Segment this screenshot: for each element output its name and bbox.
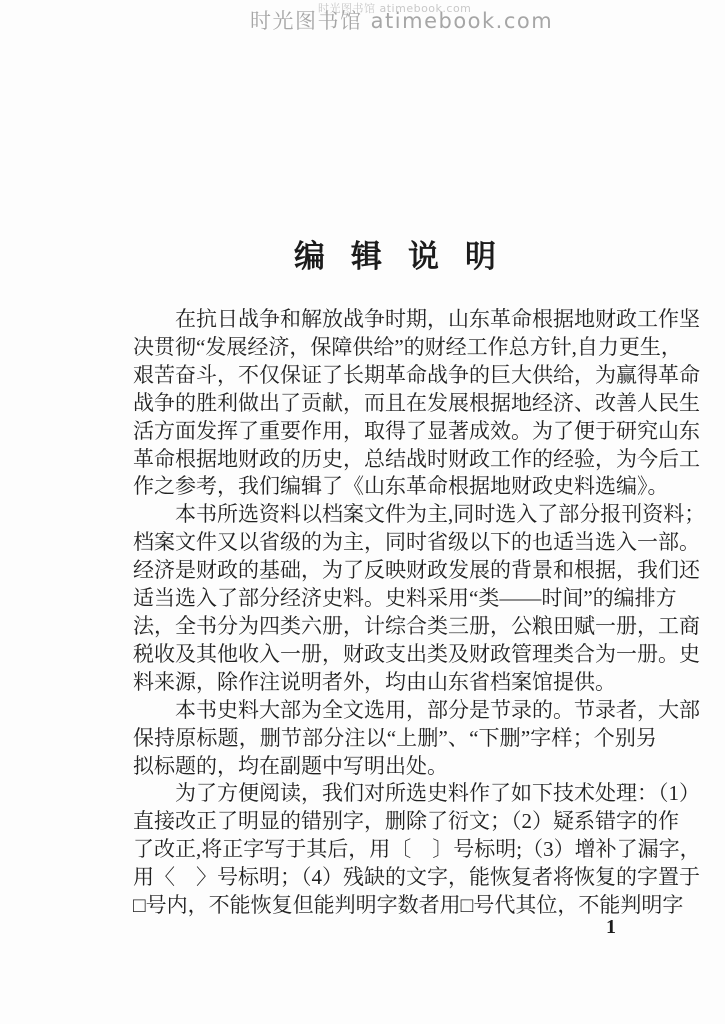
text-line: 直接改正了明显的错别字，删除了衍文；（2）疑系错字的作 xyxy=(133,808,657,836)
text-line: 用〈 〉号标明；（4）残缺的文字，能恢复者将恢复的字置于 xyxy=(133,864,657,892)
text-line: □号内，不能恢复但能判明字数者用□号代其位，不能判明字 xyxy=(133,892,657,920)
text-line: 了改正,将正字写于其后，用〔 〕号标明;（3）增补了漏字， xyxy=(133,836,657,864)
page-number: 1 xyxy=(606,916,616,939)
text-line: 决贯彻“发展经济，保障供给”的财经工作总方针,自力更生， xyxy=(133,334,657,362)
text-line: 税收及其他收入一册，财政支出类及财政管理类合为一册。史 xyxy=(133,641,657,669)
scanned-page: 时光图书馆 atimebook.com 时光图书馆 atimebook.com … xyxy=(0,0,725,1024)
text-line: 艰苦奋斗，不仅保证了长期革命战争的巨大供给，为赢得革命 xyxy=(133,362,657,390)
text-line: 经济是财政的基础，为了反映财政发展的背景和根据，我们还 xyxy=(133,557,657,585)
text-line: 为了方便阅读，我们对所选史料作了如下技术处理：（1） xyxy=(133,780,657,808)
body-text: 在抗日战争和解放战争时期，山东革命根据地财政工作坚 决贯彻“发展经济，保障供给”… xyxy=(133,306,657,920)
text-line: 法，全书分为四类六册，计综合类三册，公粮田赋一册，工商 xyxy=(133,613,657,641)
text-line: 革命根据地财政的历史，总结战时财政工作的经验，为今后工 xyxy=(133,446,657,474)
text-line: 本书史料大部为全文选用，部分是节录的。节录者，大部 xyxy=(133,697,657,725)
text-line: 档案文件又以省级的为主，同时省级以下的也适当选入一部。 xyxy=(133,529,657,557)
text-line: 适当选入了部分经济史料。史料采用“类——时间”的编排方 xyxy=(133,585,657,613)
watermark-large: 时光图书馆 atimebook.com xyxy=(250,5,553,35)
page-title: 编辑说明 xyxy=(133,231,657,276)
text-line: 保持原标题，删节部分注以“上删”、“下删”字样；个别另 xyxy=(133,725,657,753)
text-line: 拟标题的，均在副题中写明出处。 xyxy=(133,753,657,781)
text-line: 作之参考，我们编辑了《山东革命根据地财政史料选编》。 xyxy=(133,473,657,501)
text-line: 在抗日战争和解放战争时期，山东革命根据地财政工作坚 xyxy=(133,306,657,334)
text-line: 料来源，除作注说明者外，均由山东省档案馆提供。 xyxy=(133,669,657,697)
text-line: 本书所选资料以档案文件为主,同时选入了部分报刊资料； xyxy=(133,501,657,529)
text-line: 活方面发挥了重要作用，取得了显著成效。为了便于研究山东 xyxy=(133,418,657,446)
text-line: 战争的胜利做出了贡献，而且在发展根据地经济、改善人民生 xyxy=(133,390,657,418)
